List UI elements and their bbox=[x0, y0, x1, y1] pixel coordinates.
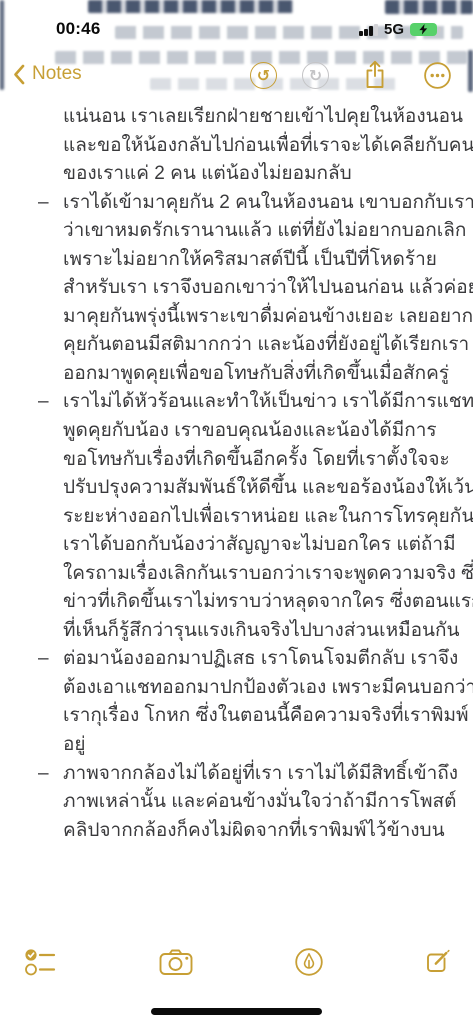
redo-button[interactable]: ↻ bbox=[302, 62, 329, 89]
note-line-text: ของเราแค่ 2 คน แต่น้องไม่ยอมกลับ bbox=[63, 163, 352, 184]
note-line-text: คลิปจากกล้องก็คงไม่ผิดจากที่เราพิมพ์ไว้ข… bbox=[63, 820, 445, 841]
more-options-button[interactable] bbox=[424, 62, 451, 94]
note-line-text: ออกมาพูดคุยเพื่อขอโทษกับสิ่งที่เกิดขึ้นเ… bbox=[63, 363, 449, 384]
note-line-text: ต้องเอาแชทออกมาปกป้องตัวเอง เพราะมีคนบอก… bbox=[63, 677, 473, 698]
note-line-text: ต่อมาน้องออกมาปฏิเสธ เราโดนโจมตีกลับ เรา… bbox=[63, 648, 458, 669]
note-line-text: ปรับปรุงความสัมพันธ์ให้ดีขึ้น และขอร้องน… bbox=[63, 477, 473, 498]
note-line: ที่เห็นก็รู้สึกว่ารุนแรงเกินจริงไปบางส่ว… bbox=[0, 617, 473, 646]
note-line: ภาพเหล่านั้น และค่อนข้างมั่นใจว่าถ้ามีกา… bbox=[0, 788, 473, 817]
note-line-text: ขอโทษกับเรื่องที่เกิดขึ้นอีกครั้ง โดยที่… bbox=[63, 449, 450, 470]
home-indicator[interactable] bbox=[151, 1008, 322, 1015]
note-body[interactable]: แน่นอน เราเลยเรียกฝ่ายชายเข้าไปคุยในห้อง… bbox=[0, 100, 473, 903]
note-line: ปรับปรุงความสัมพันธ์ให้ดีขึ้น และขอร้องน… bbox=[0, 474, 473, 503]
note-line-text: ที่เห็นก็รู้สึกว่ารุนแรงเกินจริงไปบางส่ว… bbox=[63, 620, 460, 641]
back-button[interactable]: Notes bbox=[13, 63, 82, 85]
compose-button[interactable] bbox=[423, 948, 451, 976]
note-line-text: ภาพเหล่านั้น และค่อนข้างมั่นใจว่าถ้ามีกา… bbox=[63, 791, 456, 812]
note-line: มาคุยกันพรุ่งนี้เพราะเขาดื่มค่อนข้างเยอะ… bbox=[0, 303, 473, 332]
note-line: อยู่ bbox=[0, 731, 473, 760]
note-line: –เราไม่ได้หัวร้อนและทำให้เป็นข่าว เราได้… bbox=[0, 388, 473, 417]
note-line-text: เราได้เข้ามาคุยกัน 2 คนในห้องนอน เขาบอกก… bbox=[63, 192, 473, 213]
note-line: พูดคุยกับน้อง เราขอบคุณน้องและน้องได้มีก… bbox=[0, 417, 473, 446]
note-line: คุยกันตอนมีสติมากกว่า และน้องที่ยังอยู่ไ… bbox=[0, 331, 473, 360]
note-line-text: ภาพจากกล้องไม่ได้อยู่ที่เรา เราไม่ได้มีส… bbox=[63, 763, 458, 784]
undo-icon: ↺ bbox=[250, 62, 277, 89]
note-line-text: ข่าวที่เกิดขึ้นเราไม่ทราบว่าหลุดจากใคร ซ… bbox=[63, 591, 473, 612]
battery-charging-icon bbox=[410, 23, 437, 36]
back-button-label: Notes bbox=[32, 63, 82, 85]
checklist-icon bbox=[24, 946, 57, 978]
note-line-text: มาคุยกันพรุ่งนี้เพราะเขาดื่มค่อนข้างเยอะ… bbox=[63, 306, 473, 327]
note-line-text: ระยะห่างออกไปเพื่อเราหน่อย และในการโทรคุ… bbox=[63, 506, 473, 527]
network-type-label: 5G bbox=[384, 21, 404, 38]
camera-button[interactable] bbox=[157, 947, 195, 977]
bottom-toolbar bbox=[0, 936, 473, 988]
note-line-text: และขอให้น้องกลับไปก่อนเพื่อที่เราจะได้เค… bbox=[63, 135, 473, 156]
note-line-text: คุยกันตอนมีสติมากกว่า และน้องที่ยังอยู่ไ… bbox=[63, 334, 469, 355]
note-line: ออกมาพูดคุยเพื่อขอโทษกับสิ่งที่เกิดขึ้นเ… bbox=[0, 360, 473, 389]
note-line: ว่าเขาหมดรักเรานานแล้ว แต่ที่ยังไม่อยากบ… bbox=[0, 217, 473, 246]
note-line-text: อยู่ bbox=[63, 734, 86, 755]
note-line-text: ว่าเขาหมดรักเรานานแล้ว แต่ที่ยังไม่อยากบ… bbox=[63, 220, 466, 241]
bullet-dash: – bbox=[38, 388, 49, 417]
note-line: ใครถามเรื่องเลิกกันเราบอกว่าเราจะพูดความ… bbox=[0, 560, 473, 589]
note-line: ต้องเอาแชทออกมาปกป้องตัวเอง เพราะมีคนบอก… bbox=[0, 674, 473, 703]
notes-app-screen: 00:46 5G Notes ↺ ↻ bbox=[0, 0, 473, 1024]
compose-icon bbox=[423, 948, 451, 976]
note-line: –เราได้เข้ามาคุยกัน 2 คนในห้องนอน เขาบอก… bbox=[0, 189, 473, 218]
markup-button[interactable] bbox=[295, 948, 323, 976]
share-icon bbox=[363, 59, 387, 91]
note-line-text: แน่นอน เราเลยเรียกฝ่ายชายเข้าไปคุยในห้อง… bbox=[63, 106, 463, 127]
note-line: เราได้บอกกับน้องว่าสัญญาจะไม่บอกใคร แต่ถ… bbox=[0, 531, 473, 560]
note-line: –ต่อมาน้องออกมาปฏิเสธ เราโดนโจมตีกลับ เร… bbox=[0, 645, 473, 674]
chevron-left-icon bbox=[13, 64, 25, 85]
note-line: ของเราแค่ 2 คน แต่น้องไม่ยอมกลับ bbox=[0, 160, 473, 189]
note-line-text: เรากุเรื่อง โกหก ซึ่งในตอนนี้คือความจริง… bbox=[63, 705, 469, 726]
cellular-signal-icon bbox=[359, 24, 378, 36]
redo-icon: ↻ bbox=[302, 62, 329, 89]
note-line: –ภาพจากกล้องไม่ได้อยู่ที่เรา เราไม่ได้มี… bbox=[0, 760, 473, 789]
ellipsis-circle-icon bbox=[424, 62, 451, 89]
status-time: 00:46 bbox=[56, 19, 100, 39]
share-button[interactable] bbox=[363, 59, 387, 96]
note-line-text: เราไม่ได้หัวร้อนและทำให้เป็นข่าว เราได้ม… bbox=[63, 391, 473, 412]
bullet-dash: – bbox=[38, 189, 49, 218]
note-line: เรากุเรื่อง โกหก ซึ่งในตอนนี้คือความจริง… bbox=[0, 702, 473, 731]
note-line-text: ใครถามเรื่องเลิกกันเราบอกว่าเราจะพูดความ… bbox=[63, 563, 473, 584]
nav-bar: Notes ↺ ↻ bbox=[0, 54, 473, 100]
bullet-dash: – bbox=[38, 760, 49, 789]
checklist-button[interactable] bbox=[24, 946, 57, 978]
note-line-text: พูดคุยกับน้อง เราขอบคุณน้องและน้องได้มีก… bbox=[63, 420, 437, 441]
note-line: ระยะห่างออกไปเพื่อเราหน่อย และในการโทรคุ… bbox=[0, 503, 473, 532]
note-line: แน่นอน เราเลยเรียกฝ่ายชายเข้าไปคุยในห้อง… bbox=[0, 103, 473, 132]
status-bar: 00:46 5G bbox=[0, 0, 473, 54]
markup-pen-icon bbox=[295, 948, 323, 976]
lightning-bolt-icon bbox=[417, 24, 430, 35]
note-line: เพราะไม่อยากให้คริสมาสต์ปีนี้ เป็นปีที่โ… bbox=[0, 246, 473, 275]
camera-icon bbox=[157, 947, 195, 977]
note-line: ขอโทษกับเรื่องที่เกิดขึ้นอีกครั้ง โดยที่… bbox=[0, 446, 473, 475]
bullet-dash: – bbox=[38, 645, 49, 674]
note-line-text: สำหรับเรา เราจึงบอกเขาว่าให้ไปนอนก่อน แล… bbox=[63, 277, 473, 298]
note-line: คลิปจากกล้องก็คงไม่ผิดจากที่เราพิมพ์ไว้ข… bbox=[0, 817, 473, 846]
note-line-text: เพราะไม่อยากให้คริสมาสต์ปีนี้ เป็นปีที่โ… bbox=[63, 249, 437, 270]
note-line: ข่าวที่เกิดขึ้นเราไม่ทราบว่าหลุดจากใคร ซ… bbox=[0, 588, 473, 617]
note-line: และขอให้น้องกลับไปก่อนเพื่อที่เราจะได้เค… bbox=[0, 132, 473, 161]
note-line-text: เราได้บอกกับน้องว่าสัญญาจะไม่บอกใคร แต่ถ… bbox=[63, 534, 456, 555]
note-line: สำหรับเรา เราจึงบอกเขาว่าให้ไปนอนก่อน แล… bbox=[0, 274, 473, 303]
undo-button[interactable]: ↺ bbox=[250, 62, 277, 89]
